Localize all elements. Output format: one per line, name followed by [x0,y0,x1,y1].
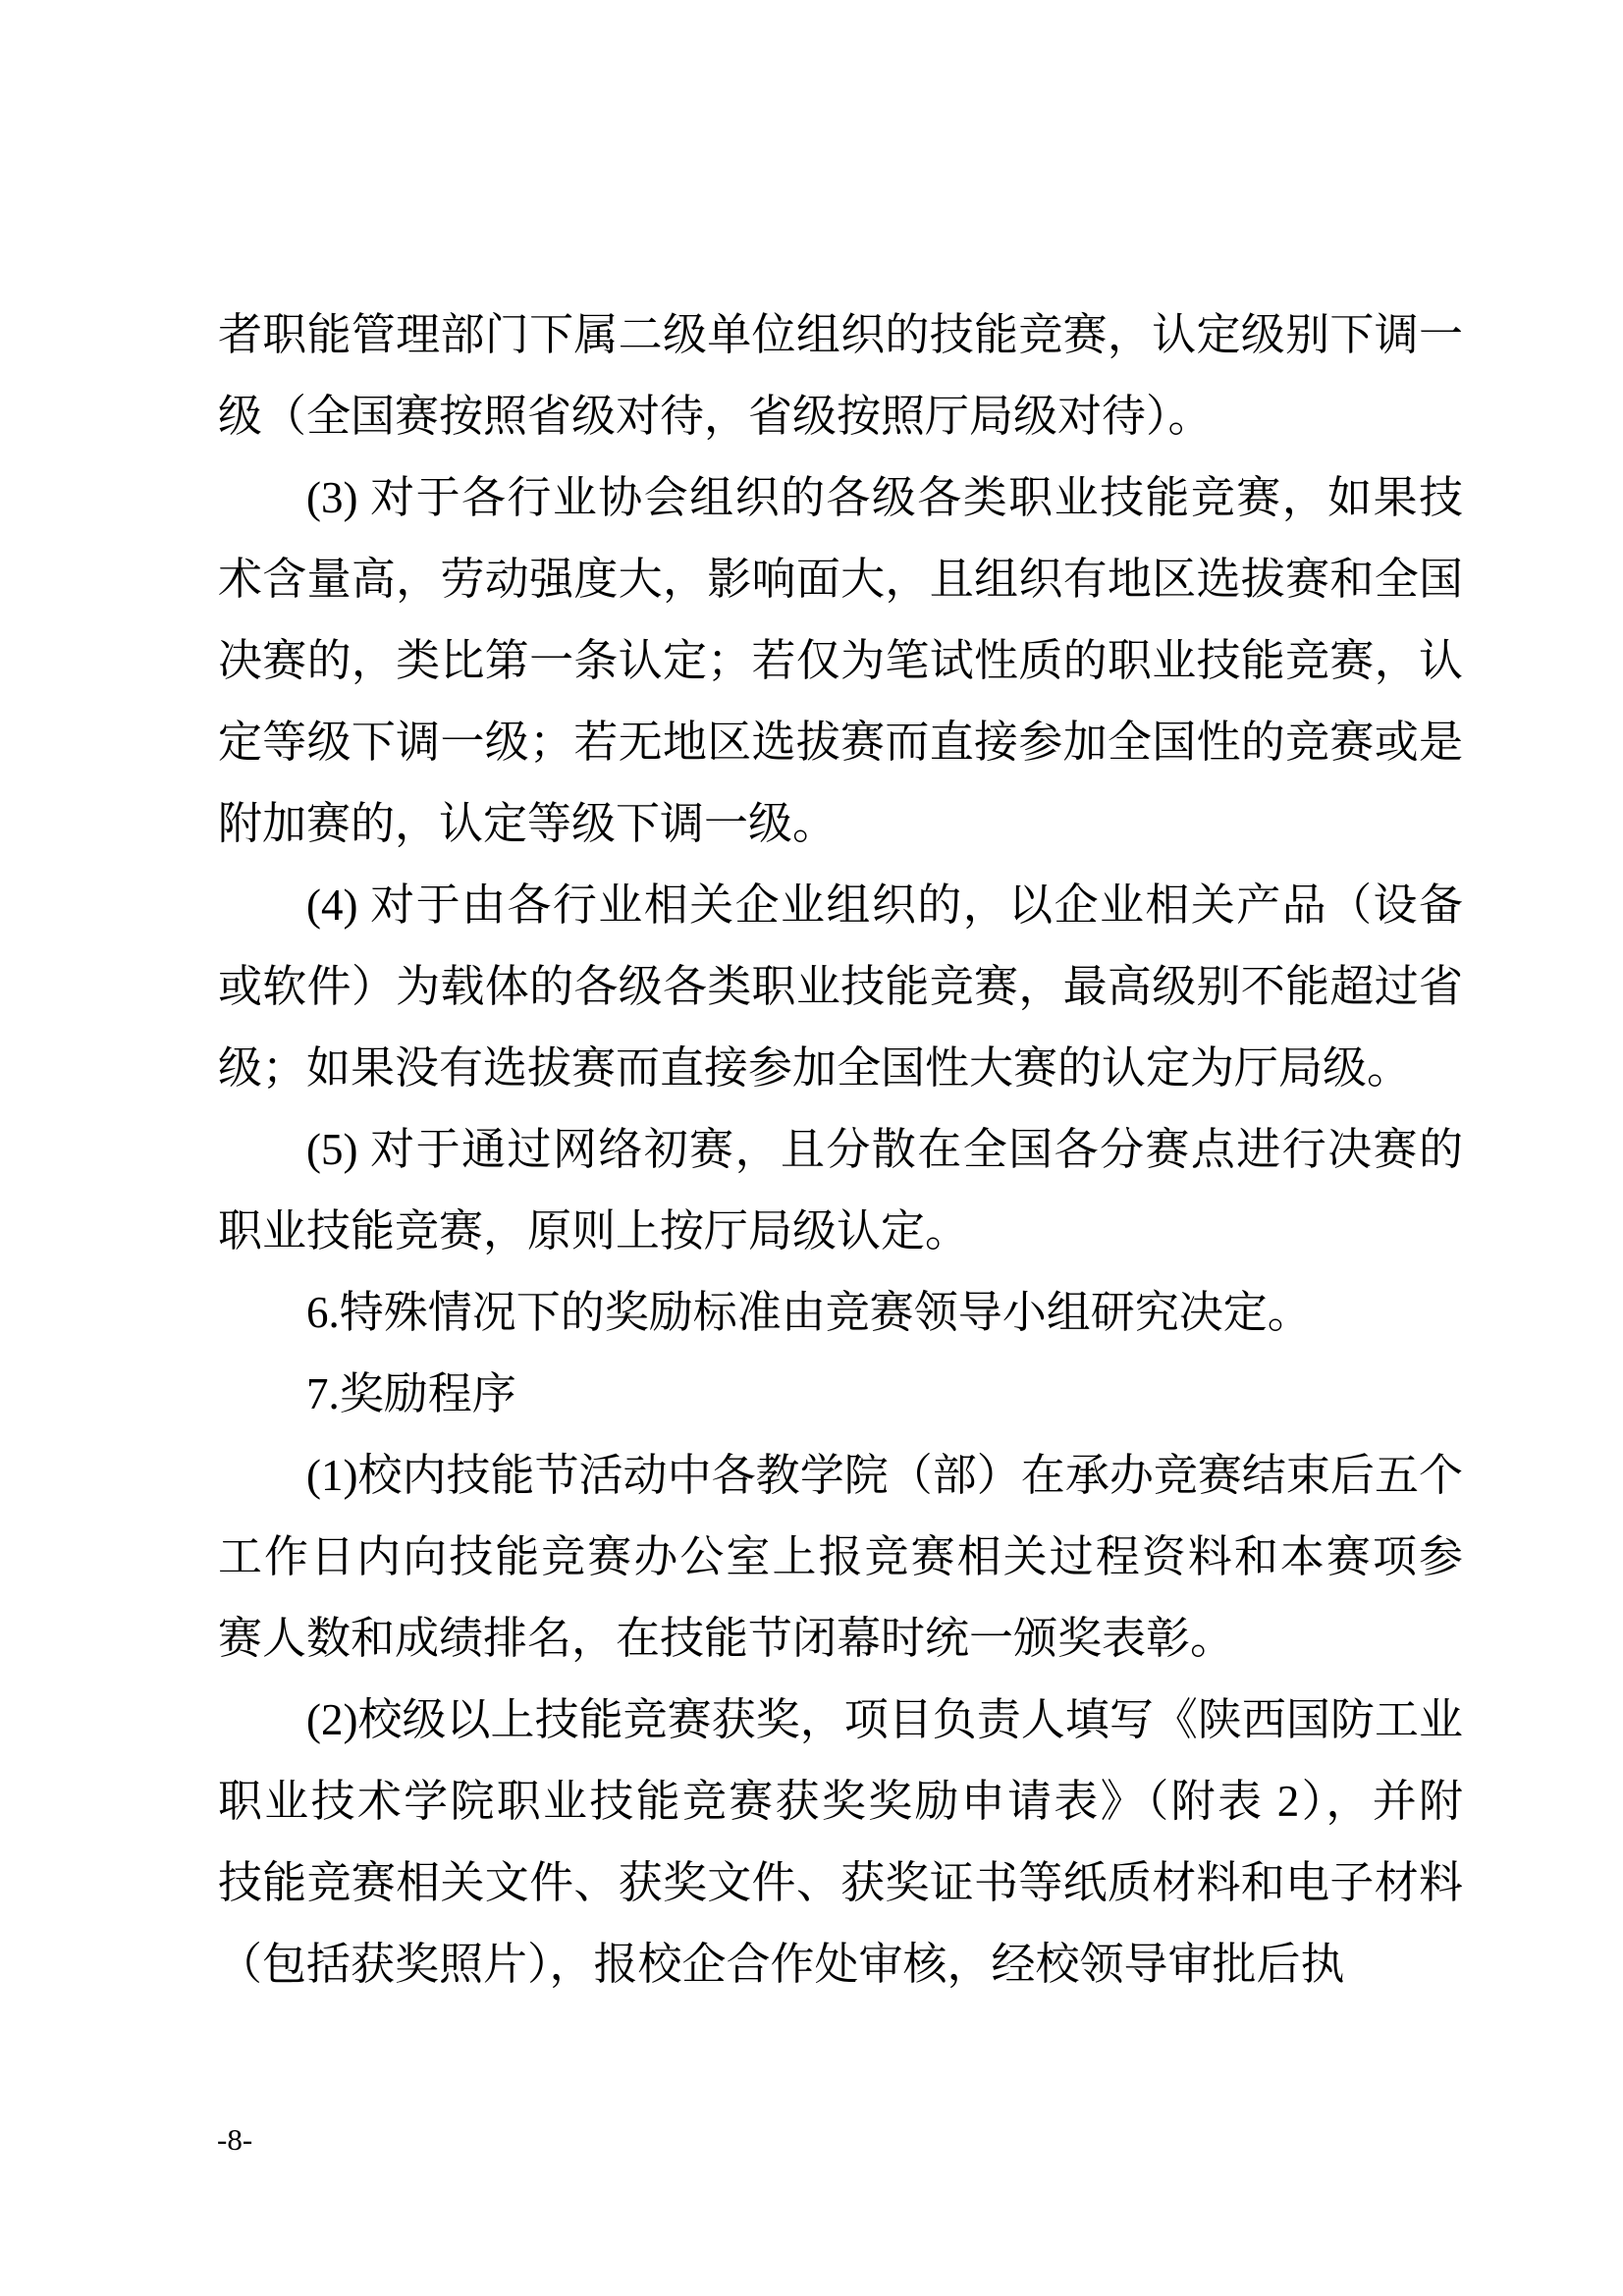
text-line: 者职能管理部门下属二级单位组织的技能竞赛，认定级别下调一 [218,294,1463,376]
text-line: 7.奖励程序 [218,1354,1463,1435]
text-block: 者职能管理部门下属二级单位组织的技能竞赛，认定级别下调一 级（全国赛按照省级对待… [218,294,1463,2005]
text-line: (2)校级以上技能竞赛获奖，项目负责人填写《陕西国防工业 [218,1680,1463,1761]
text-line: 定等级下调一级；若无地区选拔赛而直接参加全国性的竞赛或是 [218,702,1463,783]
text-line: 职业技术学院职业技能竞赛获奖奖励申请表》（附表 2），并附 [218,1761,1463,1842]
text-line: 级；如果没有选拔赛而直接参加全国性大赛的认定为厅局级。 [218,1028,1463,1109]
text-line: 赛人数和成绩排名，在技能节闭幕时统一颁奖表彰。 [218,1598,1463,1680]
text-line: (4) 对于由各行业相关企业组织的，以企业相关产品（设备 [218,865,1463,946]
text-line: 技能竞赛相关文件、获奖文件、获奖证书等纸质材料和电子材料 [218,1842,1463,1924]
text-line: (5) 对于通过网络初赛，且分散在全国各分赛点进行决赛的 [218,1109,1463,1191]
text-line: 职业技能竞赛，原则上按厅局级认定。 [218,1191,1463,1272]
text-line: 级（全国赛按照省级对待，省级按照厅局级对待）。 [218,376,1463,457]
text-line: 工作日内向技能竞赛办公室上报竞赛相关过程资料和本赛项参 [218,1517,1463,1598]
text-line: 6.特殊情况下的奖励标准由竞赛领导小组研究决定。 [218,1272,1463,1354]
text-line: 附加赛的，认定等级下调一级。 [218,783,1463,865]
text-line: 术含量高，劳动强度大，影响面大，且组织有地区选拔赛和全国 [218,539,1463,620]
text-line: (1)校内技能节活动中各教学院（部）在承办竞赛结束后五个 [218,1435,1463,1517]
text-line: 决赛的，类比第一条认定；若仅为笔试性质的职业技能竞赛，认 [218,620,1463,702]
text-line: 或软件）为载体的各级各类职业技能竞赛，最高级别不能超过省 [218,946,1463,1028]
page-number: -8- [217,2120,252,2160]
text-line: （包括获奖照片），报校企合作处审核，经校领导审批后执 [218,1924,1463,2005]
text-line: (3) 对于各行业协会组织的各级各类职业技能竞赛，如果技 [218,457,1463,539]
document-page: 者职能管理部门下属二级单位组织的技能竞赛，认定级别下调一 级（全国赛按照省级对待… [0,0,1623,2296]
